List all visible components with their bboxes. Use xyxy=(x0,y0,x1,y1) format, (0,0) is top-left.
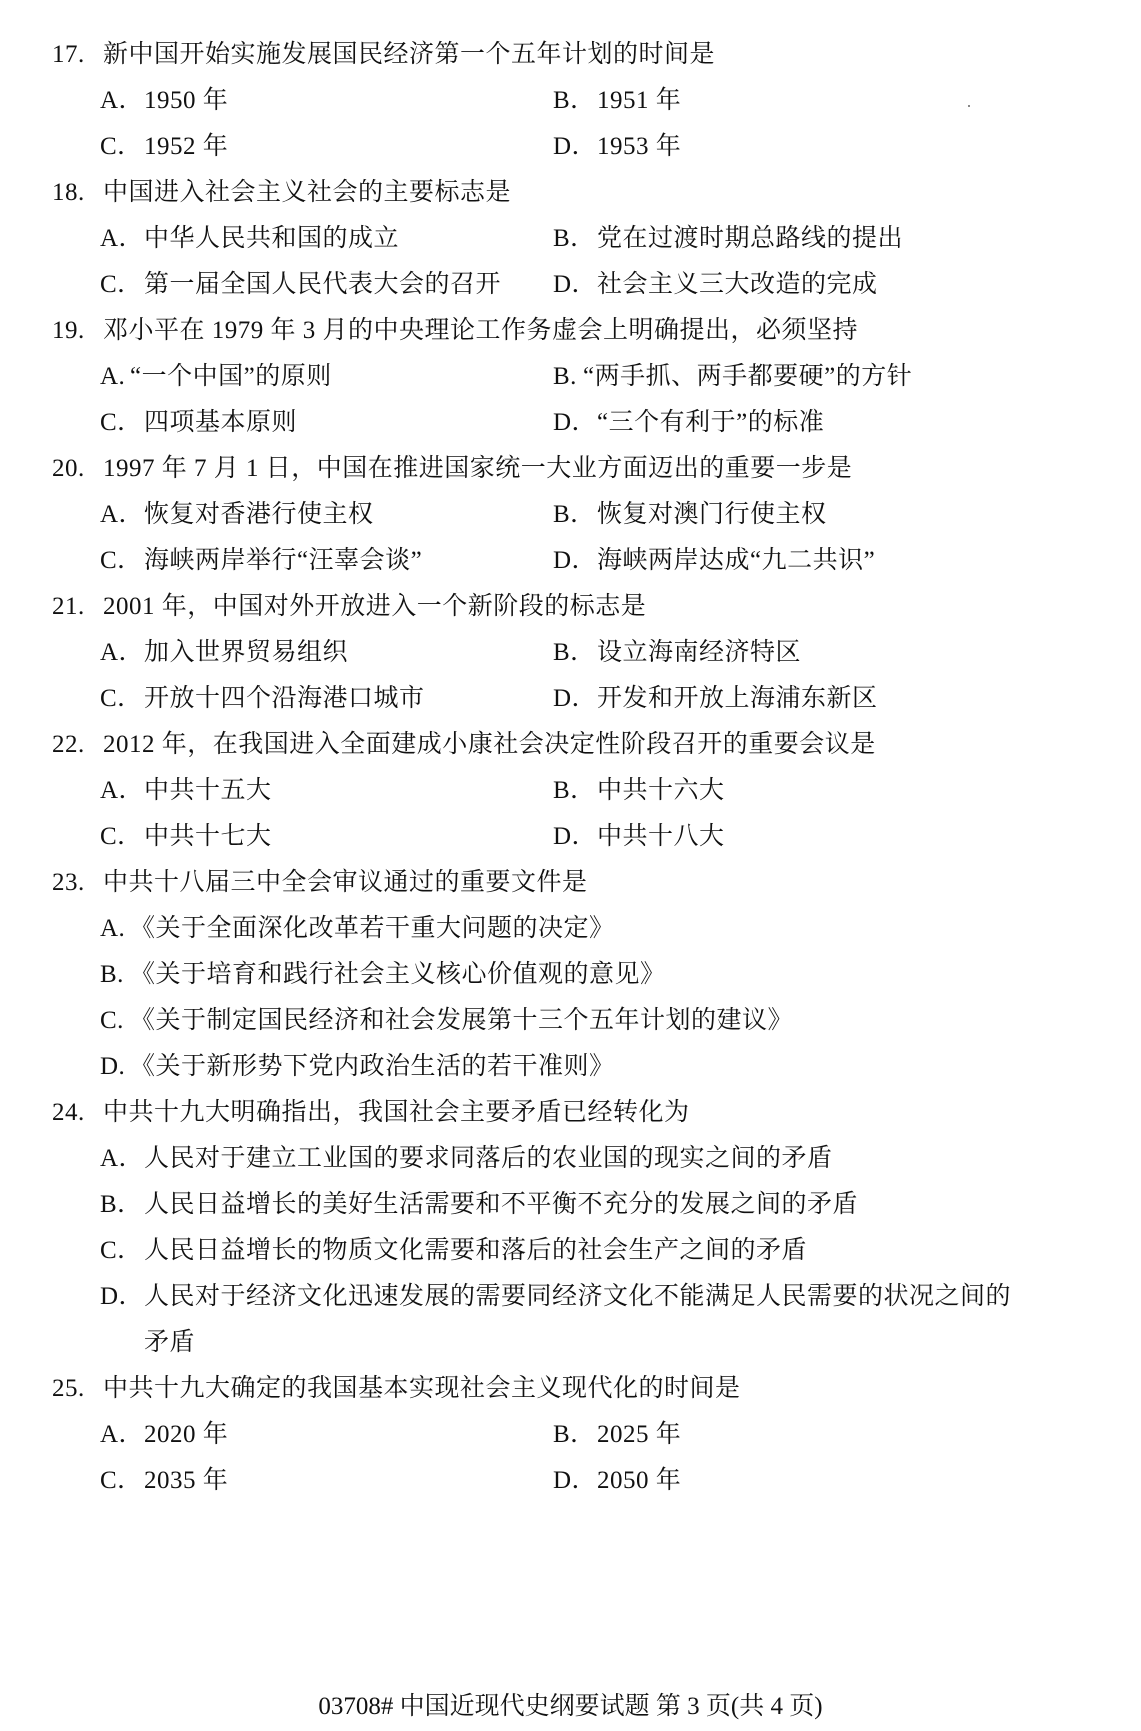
question-22: 22. 2012 年，在我国进入全面建成小康社会决定性阶段召开的重要会议是 xyxy=(0,722,1141,768)
option-letter: A． xyxy=(100,1412,144,1458)
option-b[interactable]: B．人民日益增长的美好生活需要和不平衡不充分的发展之间的矛盾 xyxy=(100,1182,858,1228)
options-row: C．开放十四个沿海港口城市 D．开发和开放上海浦东新区 xyxy=(0,676,1141,722)
option-text: 中共十八大 xyxy=(597,823,725,850)
option-text: 人民对于经济文化迅速发展的需要同经济文化不能满足人民需要的状况之间的 xyxy=(144,1283,1011,1310)
option-text: 加入世界贸易组织 xyxy=(144,639,348,666)
option-letter: B. xyxy=(100,952,130,998)
option-text: 1953 年 xyxy=(597,133,681,160)
options-row: B．人民日益增长的美好生活需要和不平衡不充分的发展之间的矛盾 xyxy=(0,1182,1141,1228)
question-number: 24. xyxy=(52,1090,102,1136)
option-text: 人民对于建立工业国的要求同落后的农业国的现实之间的矛盾 xyxy=(144,1145,833,1172)
option-letter: B． xyxy=(553,216,597,262)
options-row: C．2035 年 D．2050 年 xyxy=(0,1458,1141,1504)
options-row: A．中共十五大 B．中共十六大 xyxy=(0,768,1141,814)
question-24: 24. 中共十九大明确指出，我国社会主要矛盾已经转化为 xyxy=(0,1090,1141,1136)
question-25: 25. 中共十九大确定的我国基本实现社会主义现代化的时间是 xyxy=(0,1366,1141,1412)
option-b[interactable]: B．设立海南经济特区 xyxy=(553,630,801,676)
question-18: 18. 中国进入社会主义社会的主要标志是 xyxy=(0,170,1141,216)
options-row: A．人民对于建立工业国的要求同落后的农业国的现实之间的矛盾 xyxy=(0,1136,1141,1182)
option-letter: C． xyxy=(100,1458,144,1504)
option-d[interactable]: D．中共十八大 xyxy=(553,814,725,860)
option-letter: B. xyxy=(553,354,583,400)
option-letter: C． xyxy=(100,262,144,308)
question-text: 中共十九大明确指出，我国社会主要矛盾已经转化为 xyxy=(103,1090,690,1136)
options-row: C．第一届全国人民代表大会的召开 D．社会主义三大改造的完成 xyxy=(0,262,1141,308)
option-letter: D． xyxy=(553,124,597,170)
option-letter: B． xyxy=(553,492,597,538)
option-text: 四项基本原则 xyxy=(144,409,297,436)
question-number: 19. xyxy=(52,308,102,354)
options-row: B.《关于培育和践行社会主义核心价值观的意见》 xyxy=(0,952,1141,998)
question-number: 23. xyxy=(52,860,102,906)
option-c[interactable]: C．开放十四个沿海港口城市 xyxy=(100,676,425,722)
option-letter: C． xyxy=(100,538,144,584)
option-b[interactable]: B.《关于培育和践行社会主义核心价值观的意见》 xyxy=(100,952,666,998)
options-row: C．人民日益增长的物质文化需要和落后的社会生产之间的矛盾 xyxy=(0,1228,1141,1274)
question-21: 21. 2001 年，中国对外开放进入一个新阶段的标志是 xyxy=(0,584,1141,630)
option-text: 2025 年 xyxy=(597,1421,681,1448)
option-text: 人民日益增长的美好生活需要和不平衡不充分的发展之间的矛盾 xyxy=(144,1191,858,1218)
option-letter: A． xyxy=(100,1136,144,1182)
option-letter: D． xyxy=(100,1274,144,1320)
option-b[interactable]: B．党在过渡时期总路线的提出 xyxy=(553,216,903,262)
option-text: 《关于培育和践行社会主义核心价值观的意见》 xyxy=(130,961,666,988)
question-text: 2012 年，在我国进入全面建成小康社会决定性阶段召开的重要会议是 xyxy=(103,722,876,768)
option-text: 第一届全国人民代表大会的召开 xyxy=(144,271,501,298)
question-number: 21. xyxy=(52,584,102,630)
option-text: 2035 年 xyxy=(144,1467,228,1494)
options-row: A．恢复对香港行使主权 B．恢复对澳门行使主权 xyxy=(0,492,1141,538)
question-text: 中共十八届三中全会审议通过的重要文件是 xyxy=(103,860,588,906)
option-letter: C． xyxy=(100,676,144,722)
options-row: D．人民对于经济文化迅速发展的需要同经济文化不能满足人民需要的状况之间的 xyxy=(0,1274,1141,1320)
options-row: A.《关于全面深化改革若干重大问题的决定》 xyxy=(0,906,1141,952)
option-text: 开放十四个沿海港口城市 xyxy=(144,685,425,712)
option-a[interactable]: A．恢复对香港行使主权 xyxy=(100,492,374,538)
option-c[interactable]: C．人民日益增长的物质文化需要和落后的社会生产之间的矛盾 xyxy=(100,1228,807,1274)
options-row: A.“一个中国”的原则 B.“两手抓、两手都要硬”的方针 xyxy=(0,354,1141,400)
option-letter: B． xyxy=(553,630,597,676)
option-text: 《关于制定国民经济和社会发展第十三个五年计划的建议》 xyxy=(130,1007,793,1034)
options-row: A．中华人民共和国的成立 B．党在过渡时期总路线的提出 xyxy=(0,216,1141,262)
option-text: 中共十五大 xyxy=(144,777,272,804)
question-17: 17. 新中国开始实施发展国民经济第一个五年计划的时间是 xyxy=(0,32,1141,78)
option-letter: A． xyxy=(100,630,144,676)
option-letter: A. xyxy=(100,354,130,400)
option-c[interactable]: C.《关于制定国民经济和社会发展第十三个五年计划的建议》 xyxy=(100,998,793,1044)
option-b[interactable]: B．恢复对澳门行使主权 xyxy=(553,492,827,538)
option-a[interactable]: A．中共十五大 xyxy=(100,768,272,814)
options-row: C．海峡两岸举行“汪辜会谈” D．海峡两岸达成“九二共识” xyxy=(0,538,1141,584)
option-text: 1951 年 xyxy=(597,87,681,114)
option-d[interactable]: D．人民对于经济文化迅速发展的需要同经济文化不能满足人民需要的状况之间的 xyxy=(100,1274,1011,1320)
option-c[interactable]: C．四项基本原则 xyxy=(100,400,297,446)
option-text: 1952 年 xyxy=(144,133,228,160)
question-19: 19. 邓小平在 1979 年 3 月的中央理论工作务虚会上明确提出，必须坚持 xyxy=(0,308,1141,354)
option-b[interactable]: B．中共十六大 xyxy=(553,768,725,814)
option-letter: D． xyxy=(553,262,597,308)
question-23: 23. 中共十八届三中全会审议通过的重要文件是 xyxy=(0,860,1141,906)
option-letter: A. xyxy=(100,906,130,952)
option-text: 社会主义三大改造的完成 xyxy=(597,271,878,298)
option-a[interactable]: A．人民对于建立工业国的要求同落后的农业国的现实之间的矛盾 xyxy=(100,1136,833,1182)
option-text: 人民日益增长的物质文化需要和落后的社会生产之间的矛盾 xyxy=(144,1237,807,1264)
option-d[interactable]: D.《关于新形势下党内政治生活的若干准则》 xyxy=(100,1044,615,1090)
question-number: 18. xyxy=(52,170,102,216)
option-d[interactable]: D．2050 年 xyxy=(553,1458,681,1504)
option-d[interactable]: D．“三个有利于”的标准 xyxy=(553,400,824,446)
option-text: 2050 年 xyxy=(597,1467,681,1494)
option-letter: A． xyxy=(100,492,144,538)
option-b[interactable]: B.“两手抓、两手都要硬”的方针 xyxy=(553,354,912,400)
option-b[interactable]: B．2025 年 xyxy=(553,1412,681,1458)
question-number: 25. xyxy=(52,1366,102,1412)
option-text: 中华人民共和国的成立 xyxy=(144,225,399,252)
option-text: 中共十七大 xyxy=(144,823,272,850)
option-b[interactable]: B．1951 年 xyxy=(553,78,681,124)
option-letter: C. xyxy=(100,998,130,1044)
option-a[interactable]: A.“一个中国”的原则 xyxy=(100,354,332,400)
question-text: 1997 年 7 月 1 日，中国在推进国家统一大业方面迈出的重要一步是 xyxy=(103,446,852,492)
option-letter: C． xyxy=(100,1228,144,1274)
page-footer: 03708# 中国近现代史纲要试题 第 3 页(共 4 页) xyxy=(0,1689,1141,1725)
option-c[interactable]: C．2035 年 xyxy=(100,1458,228,1504)
option-text: 恢复对澳门行使主权 xyxy=(597,501,827,528)
option-letter: C． xyxy=(100,124,144,170)
question-number: 22. xyxy=(52,722,102,768)
question-20: 20. 1997 年 7 月 1 日，中国在推进国家统一大业方面迈出的重要一步是 xyxy=(0,446,1141,492)
option-text: 2020 年 xyxy=(144,1421,228,1448)
question-text: 中国进入社会主义社会的主要标志是 xyxy=(103,170,511,216)
option-continuation-row: 矛盾 xyxy=(0,1320,1141,1366)
option-letter: A． xyxy=(100,216,144,262)
option-text: “三个有利于”的标准 xyxy=(597,409,824,436)
option-d[interactable]: D．社会主义三大改造的完成 xyxy=(553,262,878,308)
options-row: A．加入世界贸易组织 B．设立海南经济特区 xyxy=(0,630,1141,676)
option-c[interactable]: C．海峡两岸举行“汪辜会谈” xyxy=(100,538,422,584)
option-d-continuation: 矛盾 xyxy=(144,1320,195,1366)
question-text: 中共十九大确定的我国基本实现社会主义现代化的时间是 xyxy=(103,1366,741,1412)
option-letter: B． xyxy=(553,78,597,124)
options-row: A．2020 年 B．2025 年 xyxy=(0,1412,1141,1458)
option-text: “一个中国”的原则 xyxy=(130,363,332,390)
question-text: 新中国开始实施发展国民经济第一个五年计划的时间是 xyxy=(103,32,715,78)
option-text: 恢复对香港行使主权 xyxy=(144,501,374,528)
option-letter: D． xyxy=(553,400,597,446)
option-d[interactable]: D．开发和开放上海浦东新区 xyxy=(553,676,878,722)
option-letter: B． xyxy=(553,1412,597,1458)
option-c[interactable]: C．1952 年 xyxy=(100,124,228,170)
option-text: 海峡两岸达成“九二共识” xyxy=(597,547,875,574)
option-a[interactable]: A．1950 年 xyxy=(100,78,228,124)
option-a[interactable]: A．加入世界贸易组织 xyxy=(100,630,348,676)
option-text: 1950 年 xyxy=(144,87,228,114)
option-letter: A． xyxy=(100,78,144,124)
option-letter: D. xyxy=(100,1044,130,1090)
options-row: A．1950 年 B．1951 年 xyxy=(0,78,1141,124)
options-row: C．四项基本原则 D．“三个有利于”的标准 xyxy=(0,400,1141,446)
option-text: 《关于全面深化改革若干重大问题的决定》 xyxy=(130,915,615,942)
option-text: 设立海南经济特区 xyxy=(597,639,801,666)
option-a[interactable]: A．2020 年 xyxy=(100,1412,228,1458)
question-text: 2001 年，中国对外开放进入一个新阶段的标志是 xyxy=(103,584,646,630)
option-letter: D． xyxy=(553,814,597,860)
option-text: 中共十六大 xyxy=(597,777,725,804)
option-letter: C． xyxy=(100,814,144,860)
options-row: D.《关于新形势下党内政治生活的若干准则》 xyxy=(0,1044,1141,1090)
options-row: C.《关于制定国民经济和社会发展第十三个五年计划的建议》 xyxy=(0,998,1141,1044)
option-text: 党在过渡时期总路线的提出 xyxy=(597,225,903,252)
option-text: “两手抓、两手都要硬”的方针 xyxy=(583,363,912,390)
option-letter: B． xyxy=(553,768,597,814)
option-text: 开发和开放上海浦东新区 xyxy=(597,685,878,712)
option-letter: D． xyxy=(553,676,597,722)
option-text: 海峡两岸举行“汪辜会谈” xyxy=(144,547,422,574)
option-a[interactable]: A.《关于全面深化改革若干重大问题的决定》 xyxy=(100,906,615,952)
option-letter: C． xyxy=(100,400,144,446)
option-letter: A． xyxy=(100,768,144,814)
option-d[interactable]: D．1953 年 xyxy=(553,124,681,170)
option-c[interactable]: C．中共十七大 xyxy=(100,814,272,860)
option-c[interactable]: C．第一届全国人民代表大会的召开 xyxy=(100,262,501,308)
option-letter: B． xyxy=(100,1182,144,1228)
options-row: C．中共十七大 D．中共十八大 xyxy=(0,814,1141,860)
question-text: 邓小平在 1979 年 3 月的中央理论工作务虚会上明确提出，必须坚持 xyxy=(103,308,858,354)
options-row: C．1952 年 D．1953 年 xyxy=(0,124,1141,170)
option-letter: D． xyxy=(553,538,597,584)
question-number: 17. xyxy=(52,32,102,78)
option-letter: D． xyxy=(553,1458,597,1504)
question-number: 20. xyxy=(52,446,102,492)
option-a[interactable]: A．中华人民共和国的成立 xyxy=(100,216,399,262)
option-text: 《关于新形势下党内政治生活的若干准则》 xyxy=(130,1053,615,1080)
exam-page: 17. 新中国开始实施发展国民经济第一个五年计划的时间是 A．1950 年 B．… xyxy=(0,0,1141,1731)
option-d[interactable]: D．海峡两岸达成“九二共识” xyxy=(553,538,875,584)
